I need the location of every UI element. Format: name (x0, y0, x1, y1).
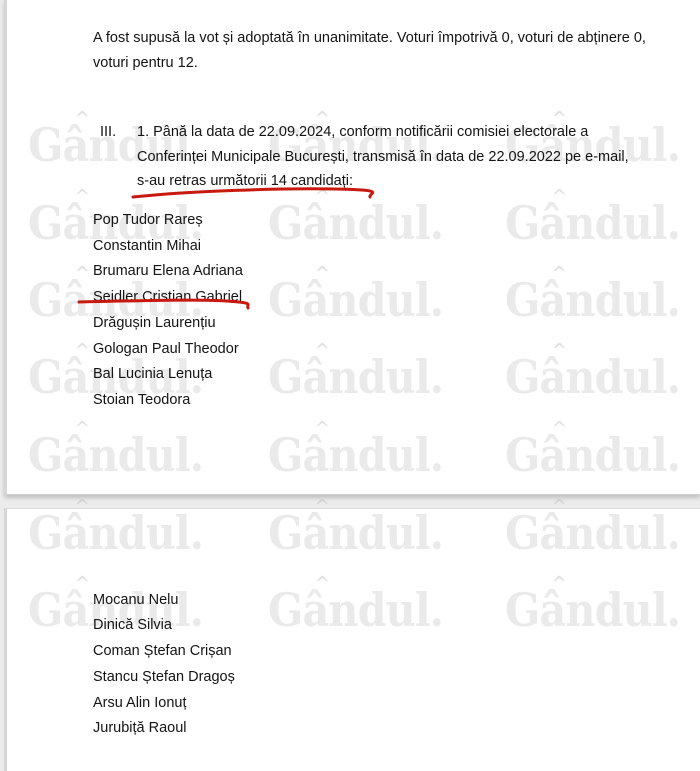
candidate-name: Jurubiță Raoul (93, 719, 187, 737)
red-underline-candidates-heading (130, 185, 380, 205)
section-item-line-1: 1. Până la data de 22.09.2024, conform n… (137, 123, 588, 141)
candidate-name: Stoian Teodora (93, 391, 190, 409)
red-underline-highlighted-name (76, 295, 256, 315)
section-item-line-2: Conferinței Municipale București, transm… (137, 148, 629, 166)
candidate-name: Mocanu Nelu (93, 591, 178, 609)
candidate-name: Pop Tudor Rareș (93, 211, 203, 229)
candidate-name: Stancu Ștefan Dragoș (93, 668, 235, 686)
candidate-name: Bal Lucinia Lenuța (93, 365, 212, 383)
candidate-name: Coman Ștefan Crișan (93, 642, 232, 660)
vote-paragraph-line-2: voturi pentru 12. (93, 54, 198, 72)
candidate-name: Constantin Mihai (93, 237, 201, 255)
vote-paragraph-line-1: A fost supusă la vot și adoptată în unan… (93, 29, 646, 47)
candidate-name: Brumaru Elena Adriana (93, 262, 243, 280)
candidate-name: Drăgușin Laurențiu (93, 314, 216, 332)
candidate-name: Gologan Paul Theodor (93, 340, 239, 358)
candidate-name: Dinică Silvia (93, 616, 172, 634)
section-numeral: III. (100, 123, 116, 141)
candidate-name: Arsu Alin Ionuț (93, 694, 187, 712)
